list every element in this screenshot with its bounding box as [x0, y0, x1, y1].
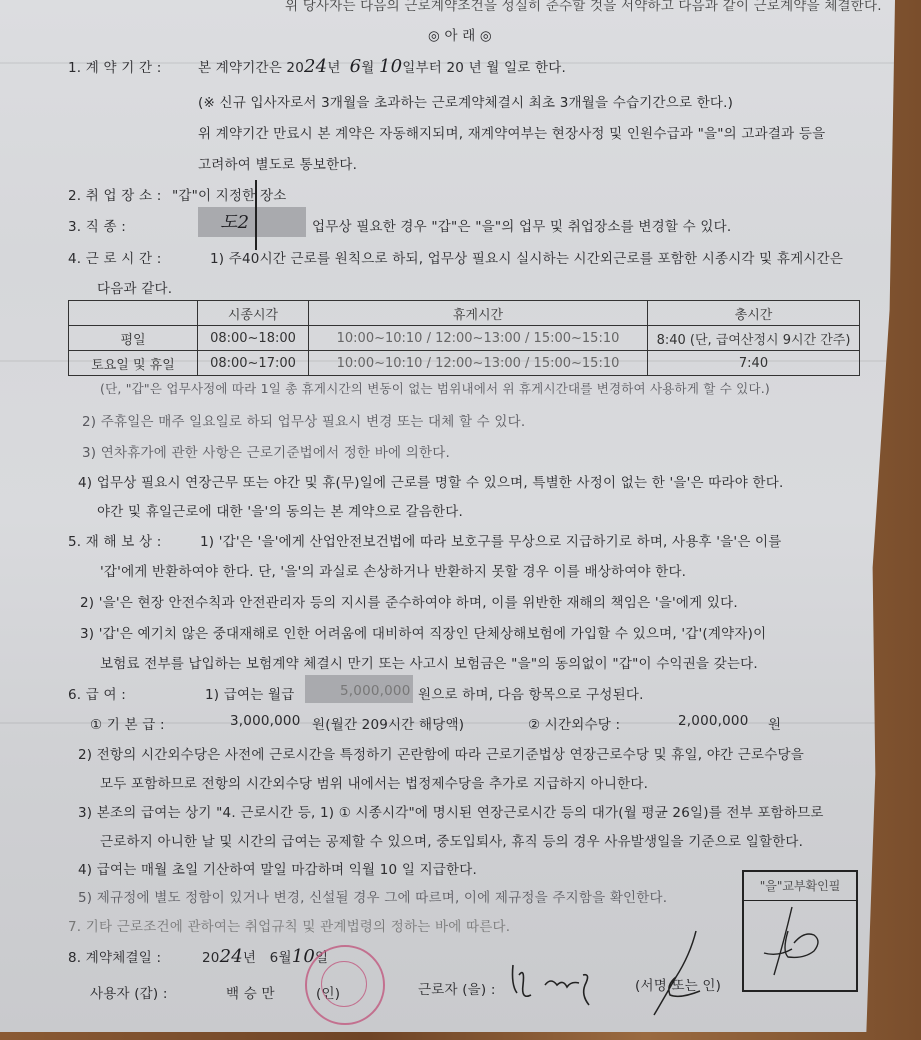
- table-cell: 7:40: [648, 351, 860, 376]
- section4-item2: 2) 주휴일은 매주 일요일로 하되 업무상 필요시 변경 또는 대체 할 수 …: [82, 410, 525, 430]
- overtime-label: ② 시간외수당 :: [528, 713, 620, 733]
- pen-stroke: [255, 180, 257, 250]
- handwritten-year: 24: [304, 56, 327, 77]
- section4-label: 4. 근 로 시 간 :: [68, 247, 161, 267]
- table-cell: 08:00~17:00: [198, 351, 309, 376]
- contract-date: 2024년 6월10일: [202, 946, 328, 967]
- document-heading: ◎ 아 래 ◎: [428, 24, 492, 44]
- company-seal-stamp: [305, 945, 385, 1025]
- salary-prefix: 1) 급여는 월급: [205, 683, 294, 703]
- worker-signature-stroke: [630, 925, 710, 1020]
- section5-item1-line1: 1) '갑'은 '을'에게 산업안전보건법에 따라 보호구를 무상으로 지급하기…: [200, 530, 782, 550]
- table-header: 시종시각: [198, 301, 309, 326]
- section1-line4: 고려하여 별도로 통보한다.: [198, 153, 357, 173]
- salary-suffix: 원으로 하며, 다음 항목으로 구성된다.: [418, 683, 644, 703]
- contract-page: 위 당사자는 다음의 근로계약조건을 성실히 준수할 것을 서약하고 다음과 같…: [0, 0, 895, 1032]
- section1-label: 1. 계 약 기 간 :: [68, 56, 161, 76]
- section4-item4-line2: 야간 및 휴일근로에 대한 '을'의 동의는 본 계약으로 갈음한다.: [97, 500, 463, 520]
- table-cell: 토요일 및 휴일: [69, 351, 198, 376]
- workplace-value: "갑"이 지정한 장소: [172, 184, 287, 204]
- section6-label: 6. 급 여 :: [68, 683, 126, 703]
- table-header: 총시간: [648, 301, 860, 326]
- date-prefix: 20: [202, 950, 220, 966]
- section7-text: 7. 기타 근로조건에 관하여는 취업규칙 및 관계법령의 정하는 바에 따른다…: [68, 915, 510, 935]
- section1-line3: 위 계약기간 만료시 본 계약은 자동해지되며, 재계약여부는 현장사정 및 인…: [198, 122, 825, 142]
- monthly-salary-value: 5,000,000: [340, 683, 411, 699]
- section4-item1-line1: 1) 주40시간 근로를 원칙으로 하되, 업무상 필요시 실시하는 시간외근로…: [210, 247, 843, 267]
- table-note: (단, "갑"은 업무사정에 따라 1일 총 휴게시간의 변동이 없는 범위내에…: [100, 379, 770, 397]
- section4-item3: 3) 연차휴가에 관한 사항은 근로기준법에서 정한 바에 의한다.: [82, 441, 450, 461]
- employer-name: 백 승 만: [226, 982, 275, 1002]
- section5-item3-line2: 보험료 전부를 납입하는 보험계약 체결시 만기 또는 사고시 보험금은 "을"…: [100, 652, 758, 672]
- section8-label: 8. 계약체결일 :: [68, 946, 161, 966]
- base-pay-label: ① 기 본 급 :: [90, 713, 165, 733]
- section6-item3-line2: 근로하지 아니한 날 및 시간의 급여는 공제할 수 있으며, 중도입퇴사, 휴…: [100, 830, 803, 850]
- redaction-mask: [198, 207, 306, 237]
- table-cell: 10:00~10:10 / 12:00~13:00 / 15:00~15:10: [309, 351, 648, 376]
- table-header-row: 시종시각 휴게시간 총시간: [69, 301, 860, 326]
- month-suffix: 월: [361, 60, 374, 76]
- table-cell: 10:00~10:10 / 12:00~13:00 / 15:00~15:10: [309, 326, 648, 351]
- work-hours-table: 시종시각 휴게시간 총시간 평일 08:00~18:00 10:00~10:10…: [68, 300, 860, 376]
- section6-item4: 4) 급여는 매월 초일 기산하여 말일 마감하며 익월 10 일 지급한다.: [78, 858, 477, 878]
- table-cell: 08:00~18:00: [198, 326, 309, 351]
- probation-note: (※ 신규 입사자로서 3개월을 초과하는 근로계약체결시 최초 3개월을 수습…: [198, 91, 733, 111]
- worker-signature: [505, 955, 615, 1015]
- section6-item3-line1: 3) 본조의 급여는 상기 "4. 근로시간 등, 1) ① 시종시각"에 명시…: [78, 801, 824, 821]
- section6-item2-line2: 모두 포함하므로 전항의 시간외수당 범위 내에서는 법정제수당을 추가로 지급…: [100, 772, 648, 792]
- section5-label: 5. 재 해 보 상 :: [68, 530, 161, 550]
- overtime-unit: 원: [768, 713, 781, 733]
- section5-item3-line1: 3) '갑'은 예기치 않은 중대재해로 인한 어려움에 대비하여 직장인 단체…: [80, 622, 766, 642]
- table-row: 토요일 및 휴일 08:00~17:00 10:00~10:10 / 12:00…: [69, 351, 860, 376]
- section6-item2-line1: 2) 전항의 시간외수당은 사전에 근로시간을 특정하기 곤란함에 따라 근로기…: [78, 743, 804, 763]
- receipt-signature: [744, 901, 852, 987]
- section5-item1-line2: '갑'에게 반환하여야 한다. 단, '을'의 과실로 손상하거나 반환하지 못…: [100, 560, 686, 580]
- table-header: [69, 301, 198, 326]
- table-header: 휴게시간: [309, 301, 648, 326]
- section4-item4-line1: 4) 업무상 필요시 연장근무 또는 야간 및 휴(무)일에 근로를 명할 수 …: [78, 471, 783, 491]
- overtime-value: 2,000,000: [678, 713, 749, 729]
- base-pay-unit: 원(월간 209시간 해당액): [312, 713, 464, 733]
- handwritten-month: 6: [350, 56, 362, 77]
- receipt-confirmation-header: "을"교부확인필: [744, 872, 856, 901]
- receipt-confirmation-box: "을"교부확인필: [742, 870, 858, 992]
- year-suffix: 년: [327, 60, 340, 76]
- worker-label: 근로자 (을) :: [418, 978, 496, 998]
- section4-item1-line2: 다음과 같다.: [97, 277, 172, 297]
- section2-label: 2. 취 업 장 소 :: [68, 184, 161, 204]
- section5-item2: 2) '을'은 현장 안전수칙과 안전관리자 등의 지시를 준수하여야 하며, …: [80, 591, 738, 611]
- section3-label: 3. 직 종 :: [68, 215, 126, 235]
- handwritten-year: 24: [220, 946, 243, 967]
- year-suffix: 년: [243, 950, 256, 966]
- table-row: 평일 08:00~18:00 10:00~10:10 / 12:00~13:00…: [69, 326, 860, 351]
- section3-text: 업무상 필요한 경우 "갑"은 "을"의 업무 및 취업장소를 변경할 수 있다…: [312, 215, 731, 235]
- employer-label: 사용자 (갑) :: [90, 982, 168, 1002]
- contract-period-line: 본 계약기간은 2024년 6월 10일부터 20 년 월 일로 한다.: [198, 56, 566, 77]
- handwritten-job-type: 도2: [220, 208, 249, 234]
- table-cell: 8:40 (단, 급여산정시 9시간 간주): [648, 326, 860, 351]
- handwritten-day: 10: [379, 56, 402, 77]
- period-prefix: 본 계약기간은 20: [198, 60, 304, 76]
- period-suffix: 일부터 20 년 월 일로 한다.: [402, 60, 566, 76]
- section6-item5: 5) 제규정에 별도 정함이 있거나 변경, 신설될 경우 그에 따르며, 이에…: [78, 886, 667, 906]
- table-cell: 평일: [69, 326, 198, 351]
- base-pay-value: 3,000,000: [230, 713, 301, 729]
- month-suffix: 월: [278, 950, 291, 966]
- top-cutoff-text: 위 당사자는 다음의 근로계약조건을 성실히 준수할 것을 서약하고 다음과 같…: [285, 0, 882, 14]
